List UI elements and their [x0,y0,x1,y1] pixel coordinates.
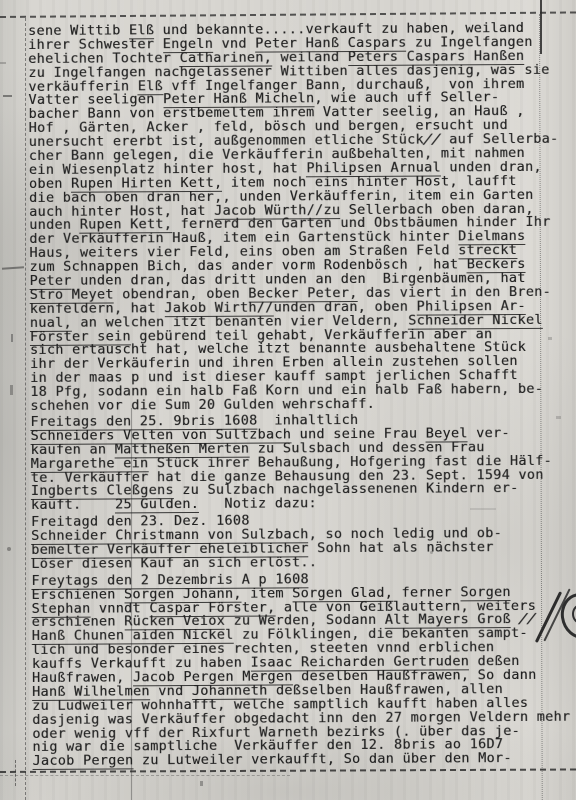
text-run: Löser diesen Kauf an sich erlöst.. [31,554,317,572]
text-run: zu Lutweiler verkaufft, So dan über den … [133,750,511,768]
scan-speck [10,385,13,395]
left-ruled-line [25,18,26,800]
scan-speck [11,334,13,342]
entry-1608-12-23: Freitagd den 23. Dez. 1608Schneider Chri… [31,513,576,572]
scan-speck [3,95,12,97]
document-body: sene Wittib Elß und bekannte.....verkauf… [28,22,576,770]
scan-speck [200,781,203,786]
entry-1608-12-02: Freytags den 2 Dezembris A p 1608Erschie… [31,571,576,769]
underlined-text: Jacob Pergen [32,753,133,771]
scan-speck [7,547,11,551]
text-line: Löser diesen Kauf an sich erlöst.. [31,554,576,571]
entry-continuation-1608: sene Wittib Elß und bekannte.....verkauf… [28,22,576,414]
bottom-ruled-line-faint [0,775,290,776]
text-line: kauft. 25 Gulden. Notiz dazu: [31,496,576,513]
scanned-document-page: { "page": { "kind": "scanned typewritten… [0,0,576,800]
text-run: Sohn hat als nächster [309,539,494,556]
text-run: kauft. [31,497,115,514]
scan-speck [0,62,6,64]
top-ruled-line [0,11,576,18]
underlined-text: 25 Gulden. [115,496,199,514]
paper-background: sene Wittib Elß und bekannte.....verkauf… [0,0,576,800]
entry-1608-11-25: Freitags den 25. 9bris 1608 inhaltlichSc… [30,413,576,514]
margin-dash-mark [2,266,24,270]
pen-mark-inline: ∕∕ [509,613,538,627]
bottom-left-tick [15,760,16,786]
text-line: Jacob Pergen zu Lutweiler verkaufft, So … [32,752,576,769]
text-run: Notiz dazu: [199,496,317,513]
